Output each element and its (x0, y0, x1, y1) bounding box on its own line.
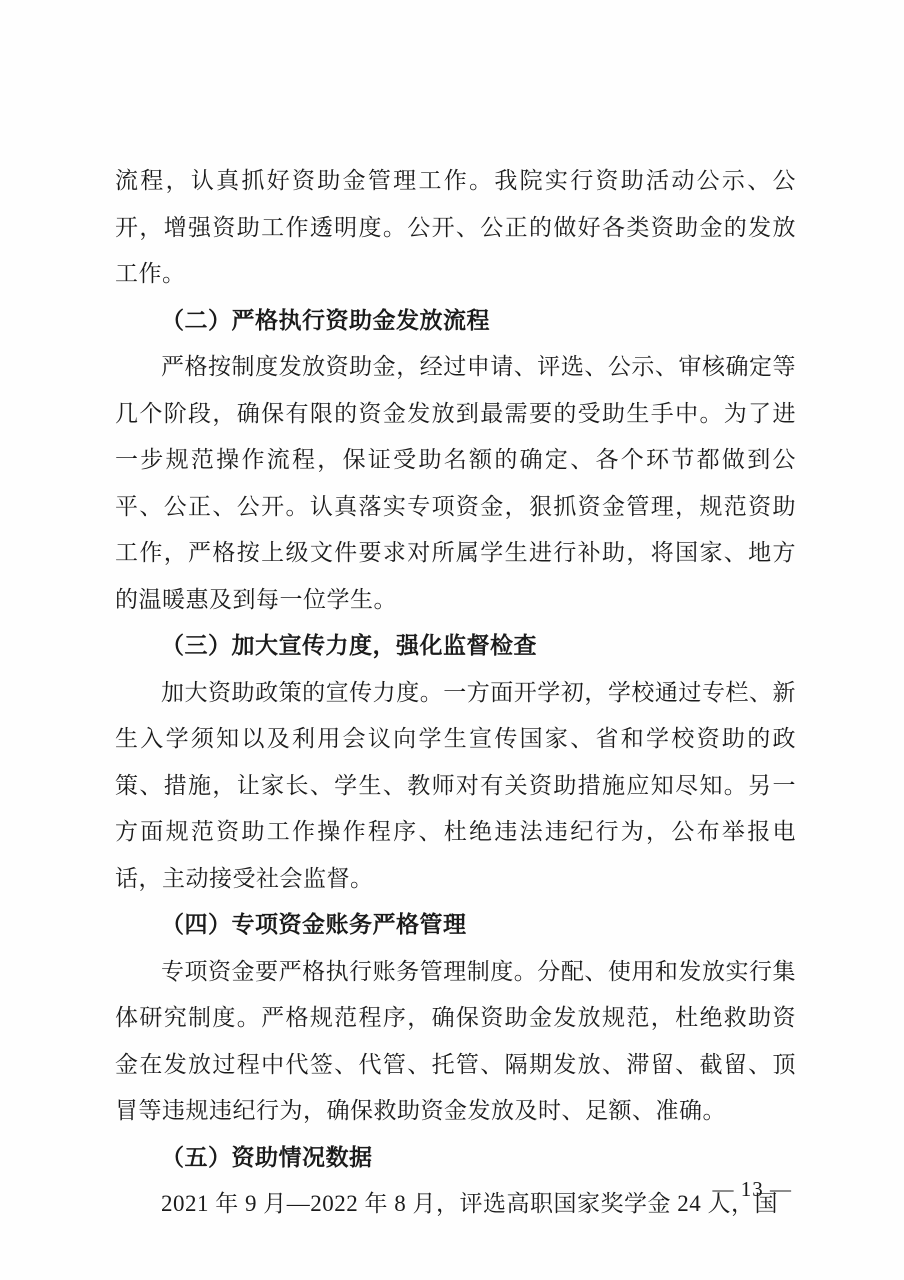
section-heading-3: （三）加大宣传力度，强化监督检查 (115, 623, 796, 670)
paragraph-continuation: 流程，认真抓好资助金管理工作。我院实行资助活动公示、公开，增强资助工作透明度。公… (115, 158, 796, 298)
document-page: 流程，认真抓好资助金管理工作。我院实行资助活动公示、公开，增强资助工作透明度。公… (0, 0, 904, 1280)
paragraph-section-4: 专项资金要严格执行账务管理制度。分配、使用和发放实行集体研究制度。严格规范程序，… (115, 949, 796, 1135)
paragraph-section-2: 严格按制度发放资助金，经过申请、评选、公示、审核确定等几个阶段，确保有限的资金发… (115, 344, 796, 623)
paragraph-section-3: 加大资助政策的宣传力度。一方面开学初，学校通过专栏、新生入学须知以及利用会议向学… (115, 670, 796, 903)
document-content: 流程，认真抓好资助金管理工作。我院实行资助活动公示、公开，增强资助工作透明度。公… (115, 158, 796, 1228)
page-footer: — 13 — (713, 1176, 793, 1202)
section-heading-5: （五）资助情况数据 (115, 1135, 796, 1182)
section-heading-2: （二）严格执行资助金发放流程 (115, 298, 796, 345)
section-heading-4: （四）专项资金账务严格管理 (115, 902, 796, 949)
paragraph-section-5: 2021 年 9 月—2022 年 8 月，评选高职国家奖学金 24 人，国 (115, 1181, 796, 1228)
page-number: — 13 — (713, 1177, 793, 1201)
